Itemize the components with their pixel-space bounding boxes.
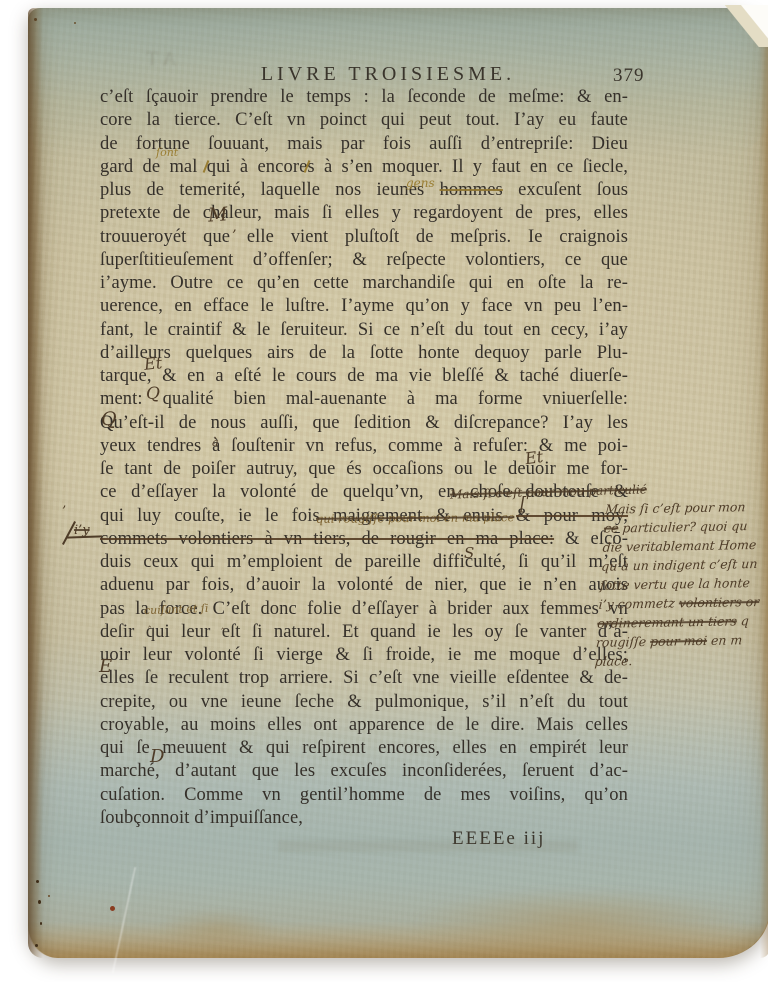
line-text: trouueroyét que elle vient pluſtoſt de m… <box>100 227 628 247</box>
line-text: deſir qui leur eſt ſi naturel. Et quand … <box>100 622 628 642</box>
text-line: ſuperſtitieuſement d’offenſer; & reſpect… <box>100 249 628 272</box>
line-text: crepite, ou vne ieune ſeche & pulmonique… <box>100 692 628 712</box>
margin-text: particulier? quoi qu <box>618 518 748 535</box>
interlinear-annotation: à <box>212 436 219 449</box>
line-text: uoir leur volonté ſi vierge & ſi froide,… <box>100 645 628 665</box>
running-title: LIVRE TROISIESME. <box>178 63 598 86</box>
photo-canvas: AT LIVRE TROISIESME. 379 c’eſt ſçauoir p… <box>0 0 768 982</box>
overlay-correction: E <box>99 656 112 677</box>
margin-text: die veritablemant Home <box>602 537 757 555</box>
line-text: Qu’eſt-il de nous auſſi, que ſedition & … <box>100 413 628 433</box>
interlinear-annotation: gens <box>406 176 435 190</box>
margin-text: q <box>736 613 749 628</box>
text-line: trouueroyét que elle vient pluſtoſt de m… <box>100 226 628 249</box>
margin-text: rougiſſe <box>595 634 650 650</box>
margin-text: ſotte vertu que la honte <box>599 575 750 593</box>
text-line: yeux tendres à ſouſtenir vn refus, comme… <box>100 435 628 458</box>
margin-text: place. <box>594 653 633 669</box>
stain <box>408 888 748 958</box>
line-text: tarque, & en a eſté le cours de ma vie b… <box>100 366 628 386</box>
book-page: AT LIVRE TROISIESME. 379 c’eſt ſçauoir p… <box>28 8 768 958</box>
text-line: deſir qui leur eſt ſi naturel. Et quand … <box>100 621 628 644</box>
overlay-correction: M <box>207 203 228 226</box>
text-line: crepite, ou vne ieune ſeche & pulmonique… <box>100 691 628 714</box>
ghost-bleedthrough: AT <box>140 48 176 71</box>
text-line: uoir leur volonté ſi vierge & ſi froide,… <box>100 644 628 667</box>
line-text: c’eſt ſçauoir prendre le temps : la ſeco… <box>100 87 628 107</box>
line-text: aduenu par fois, d’auoir la volonté de n… <box>100 575 628 595</box>
text-block: c’eſt ſçauoir prendre le temps : la ſeco… <box>100 86 628 830</box>
line-text: ſe tant de poiſer autruy, que és occaſio… <box>100 459 628 479</box>
line-text: ſuperſtitieuſement d’offenſer; & reſpect… <box>100 250 628 270</box>
margin-text: en m <box>707 632 743 648</box>
page-number: 379 <box>613 65 645 87</box>
margin-struck: volontiers or <box>678 594 759 610</box>
overlay-correction: ’ <box>232 228 236 244</box>
text-line: qui ſe meuuent & qui reſpirent encores, … <box>100 737 628 760</box>
page-edge-left <box>28 8 43 958</box>
speck <box>48 895 50 897</box>
text-line: cuſation. Comme vn gentil’homme de mes v… <box>100 784 628 807</box>
line-text: core la tierce. C’eſt vn poinct qui peut… <box>100 110 628 130</box>
text-line: elles ſe reculent trop arriere. Si c’eſt… <box>100 667 628 690</box>
speck <box>34 18 37 21</box>
line-text: excuſent ſous <box>503 180 628 200</box>
text-line: croyable, au moins elles ont apparence d… <box>100 714 628 737</box>
line-text: qui ſe meuuent & qui reſpirent encores, … <box>100 738 628 758</box>
margin-struck: pour moi <box>650 633 708 649</box>
margin-struck: ordineremant un tiers <box>597 613 738 630</box>
overlay-correction: Et <box>143 353 163 374</box>
overlay-correction: S <box>464 544 474 562</box>
text-line: ment: qualité bien mal-auenante à ma for… <box>100 388 628 411</box>
text-line: duis ceux qui m’emploient de pareille di… <box>100 551 628 574</box>
speck <box>36 880 39 883</box>
text-line: ſoubçonnoit d’impuiſſance, <box>100 807 628 830</box>
overlay-correction: D <box>150 746 164 767</box>
struck-word: hommes <box>440 180 503 200</box>
line-text: cuſation. Comme vn gentil’homme de mes v… <box>100 785 628 805</box>
line-text: elles ſe reculent trop arriere. Si c’eſt… <box>100 668 628 688</box>
text-line: fant, le craintif & le ſeruiteur. Si ce … <box>100 319 628 342</box>
interlinear-annotation-struck: qui rougiſſe pour moi en ma place <box>316 510 514 526</box>
text-line: pretexte de chaleur, mais ſi elles y reg… <box>100 202 628 225</box>
paper-crease <box>112 867 136 973</box>
overlay-correction: Et <box>524 447 545 468</box>
interlinear-annotation: ſont <box>156 146 178 159</box>
caret-mark: ‸ <box>221 619 224 630</box>
text-line: i’ayme. Outre ce qu’en cette marchandiſe… <box>100 272 628 295</box>
margin-text: qu’à un indigent c’eſt un <box>601 556 758 574</box>
stain <box>158 908 278 948</box>
margin-annotation-line: place. <box>594 648 768 671</box>
text-line: commets volontiers à vn tiers, de rougir… <box>100 528 628 551</box>
overlay-correction: Q <box>101 408 117 430</box>
margin-text: i’y commetz <box>598 595 679 611</box>
line-text: marché, d’autant que les excuſes inconſi… <box>100 761 628 781</box>
line-text: i’ayme. Outre ce qu’en cette marchandiſe… <box>100 273 628 293</box>
line-text: d’ailleurs quelques airs de la ſotte hon… <box>100 343 628 363</box>
overlay-correction: Q <box>146 384 160 404</box>
text-line: tarque, & en a eſté le cours de ma vie b… <box>100 365 628 388</box>
line-text: pretexte de chaleur, mais ſi elles y reg… <box>100 203 628 223</box>
line-text: gard de mal qui à encores à s’en moquer.… <box>100 157 628 177</box>
line-text: duis ceux qui m’emploient de pareille di… <box>100 552 628 572</box>
text-line: uerence, en efface le luſtre. I’ayme qu’… <box>100 295 628 318</box>
strike-mark <box>66 535 102 538</box>
line-text: plus de temerité, laquelle nos ieunes <box>100 180 440 200</box>
text-line: gard de mal qui à encores à s’en moquer.… <box>100 156 628 179</box>
text-line: d’ailleurs quelques airs de la ſotte hon… <box>100 342 628 365</box>
interlinear-annotation: cuiſant et ſi <box>144 602 209 617</box>
speck <box>35 944 38 947</box>
text-line: aduenu par fois, d’auoir la volonté de n… <box>100 574 628 597</box>
margin-text: Mais ſi c’eſt pour mon <box>605 499 746 516</box>
line-text: fant, le craintif & le ſeruiteur. Si ce … <box>100 320 628 340</box>
speck <box>38 900 41 904</box>
text-line: Qu’eſt-il de nous auſſi, que ſedition & … <box>100 412 628 435</box>
text-line: de fortune ſouuant, mais par fois auſſi … <box>100 133 628 156</box>
text-line: core la tierce. C’eſt vn poinct qui peut… <box>100 109 628 132</box>
text-line: plus de temerité, laquelle nos ieunes ho… <box>100 179 628 202</box>
ink-spot <box>110 906 115 911</box>
text-line: marché, d’autant que les excuſes inconſi… <box>100 760 628 783</box>
caret-mark: ‸ <box>148 617 151 628</box>
line-text: uerence, en efface le luſtre. I’ayme qu’… <box>100 296 628 316</box>
speck <box>74 22 76 24</box>
corner-tear <box>716 5 768 47</box>
margin-annotation-block: Mais ſi c’eſt pour mon ce particulier? q… <box>594 496 768 671</box>
speck <box>40 922 42 925</box>
text-line: c’eſt ſçauoir prendre le temps : la ſeco… <box>100 86 628 109</box>
page-edge-right <box>760 8 768 958</box>
line-text: de fortune ſouuant, mais par fois auſſi … <box>100 134 628 154</box>
line-text: ment: qualité bien mal-auenante à ma for… <box>100 389 628 409</box>
margin-mark: ’ <box>62 504 66 519</box>
struck-text: commets volontiers à vn tiers, de rougir… <box>100 529 554 549</box>
line-text: croyable, au moins elles ont apparence d… <box>100 715 628 735</box>
line-text: yeux tendres à ſouſtenir vn refus, comme… <box>100 436 628 456</box>
line-text: ſoubçonnoit d’impuiſſance, <box>100 808 303 828</box>
smudge <box>278 840 578 852</box>
text-line: ſe tant de poiſer autruy, que és occaſio… <box>100 458 628 481</box>
